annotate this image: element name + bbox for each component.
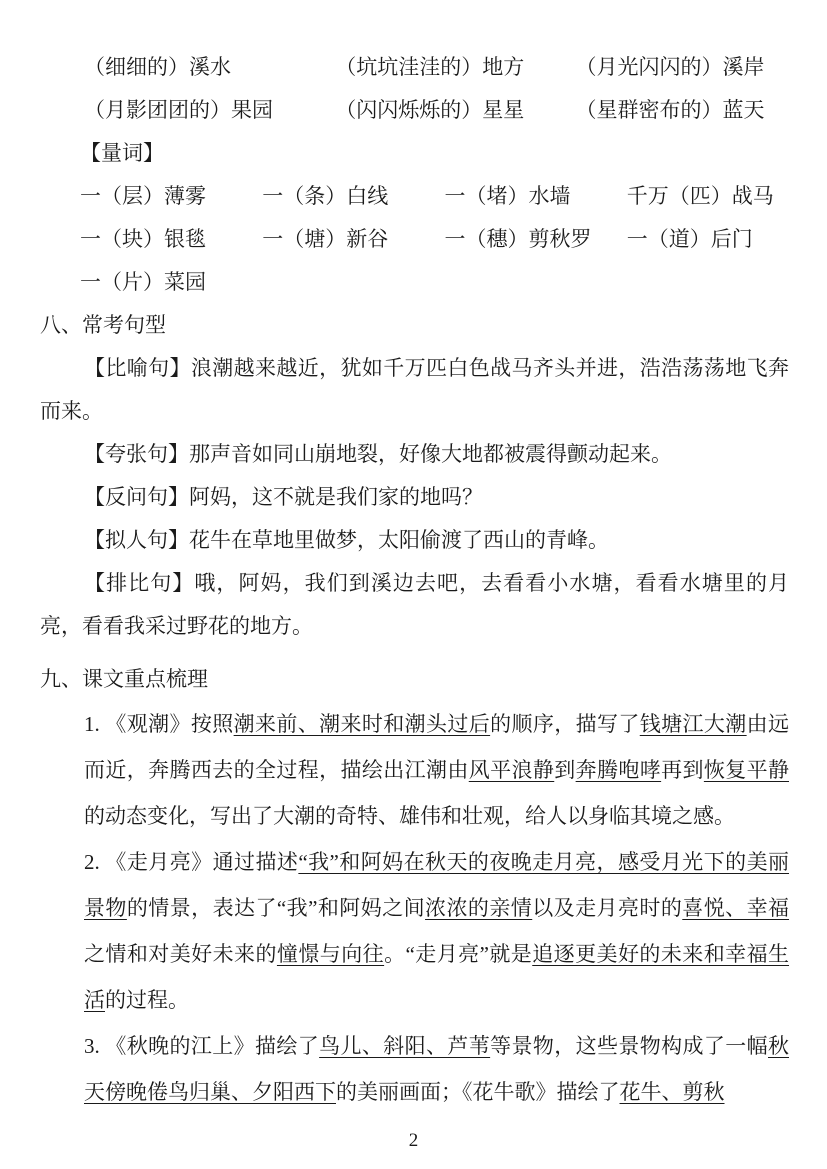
measure-word-phrase: 千万（匹）战马 (627, 175, 774, 218)
sentence-text: 花牛在草地里做梦，太阳偷渡了西山的青峰。 (189, 528, 609, 552)
text-segment: 的顺序，描写了 (490, 712, 640, 736)
sentence-paragraph: 【排比句】哦，阿妈，我们到溪边去吧，去看看小水塘，看看水塘里的月亮，看看我采过野… (40, 562, 789, 648)
text-segment: 之情和对美好未来的 (84, 942, 277, 966)
course-item: 1. 《观潮》按照潮来前、潮来时和潮头过后的顺序，描写了钱塘江大潮由远而近，奔腾… (84, 701, 789, 839)
underlined-phrase: 鸟儿、斜阳、芦苇 (319, 1034, 490, 1058)
measure-word-row: 一（层）薄雾 一（条）白线 一（堵）水墙 千万（匹）战马 (40, 175, 789, 218)
sentence-text: 阿妈，这不就是我们家的地吗？ (189, 485, 483, 509)
sentence-paragraph: 【反问句】阿妈，这不就是我们家的地吗？ (40, 476, 789, 519)
underlined-phrase: 花牛、剪秋 (620, 1080, 725, 1104)
underlined-phrase: 喜悦、幸福 (682, 896, 789, 920)
underlined-phrase: 憧憬与向往 (277, 942, 384, 966)
sentence-label: 【拟人句】 (84, 528, 189, 552)
underlined-phrase: 恢复平静 (704, 758, 789, 782)
text-segment: 的过程。 (105, 988, 189, 1012)
underlined-phrase: 浓浓的亲情 (425, 896, 532, 920)
sentence-paragraph: 【夸张句】那声音如同山崩地裂，好像大地都被震得颤动起来。 (40, 433, 789, 476)
collocation-phrase: （星群密布的）蓝天 (576, 89, 765, 132)
sentence-text: 那声音如同山崩地裂，好像大地都被震得颤动起来。 (189, 442, 672, 466)
measure-word-phrase: 一（道）后门 (627, 218, 753, 261)
measure-words-heading: 【量词】 (40, 132, 789, 175)
text-segment: 2. 《走月亮》通过描述 (84, 850, 298, 874)
text-segment: 的动态变化，写出了大潮的奇特、雄伟和壮观，给人以身临其境之感。 (84, 804, 735, 828)
sentence-label: 【夸张句】 (84, 442, 189, 466)
measure-word-phrase: 一（条）白线 (262, 175, 439, 218)
collocation-row: （月影团团的）果园 （闪闪烁烁的）星星 （星群密布的）蓝天 (40, 89, 789, 132)
sentence-label: 【排比句】 (84, 571, 194, 595)
measure-word-row: 一（片）菜园 (40, 261, 789, 304)
collocation-phrase: （月光闪闪的）溪岸 (576, 46, 765, 89)
collocation-phrase: （闪闪烁烁的）星星 (335, 89, 570, 132)
section-nine-heading: 九、课文重点梳理 (40, 658, 789, 701)
text-segment: 的情景，表达了“我”和阿妈之间 (127, 896, 425, 920)
text-segment: 3. 《秋晚的江上》描绘了 (84, 1034, 319, 1058)
text-segment: 1. 《观潮》按照 (84, 712, 234, 736)
sentence-label: 【反问句】 (84, 485, 189, 509)
measure-word-phrase: 一（片）菜园 (80, 261, 257, 304)
sentence-label: 【比喻句】 (84, 356, 191, 380)
page-number: 2 (0, 1129, 827, 1153)
underlined-phrase: 风平浪静 (469, 758, 555, 782)
document-page: （细细的）溪水 （坑坑洼洼的）地方 （月光闪闪的）溪岸 （月影团团的）果园 （闪… (0, 0, 827, 1169)
underlined-phrase: 潮来前、潮来时和潮头过后 (234, 712, 491, 736)
sentence-paragraph: 【比喻句】浪潮越来越近，犹如千万匹白色战马齐头并进，浩浩荡荡地飞奔而来。 (40, 347, 789, 433)
underlined-phrase: 奔腾咆哮 (576, 758, 662, 782)
measure-word-phrase: 一（穗）剪秋罗 (445, 218, 622, 261)
measure-word-row: 一（块）银毯 一（塘）新谷 一（穗）剪秋罗 一（道）后门 (40, 218, 789, 261)
collocation-phrase: （月影团团的）果园 (84, 89, 330, 132)
text-segment: 的美丽画面；《花牛歌》描绘了 (336, 1080, 620, 1104)
underlined-phrase: 钱塘江大潮 (640, 712, 747, 736)
text-segment: 以及走月亮时的 (532, 896, 682, 920)
measure-word-phrase: 一（块）银毯 (80, 218, 257, 261)
measure-word-phrase: 一（堵）水墙 (445, 175, 622, 218)
collocation-phrase: （坑坑洼洼的）地方 (335, 46, 570, 89)
section-eight-heading: 八、常考句型 (40, 304, 789, 347)
text-segment: 等景物，这些景物构成了一幅 (490, 1034, 768, 1058)
text-segment: 再到 (661, 758, 704, 782)
measure-word-phrase: 一（层）薄雾 (80, 175, 257, 218)
sentence-paragraph: 【拟人句】花牛在草地里做梦，太阳偷渡了西山的青峰。 (40, 519, 789, 562)
measure-word-phrase: 一（塘）新谷 (262, 218, 439, 261)
collocation-row: （细细的）溪水 （坑坑洼洼的）地方 （月光闪闪的）溪岸 (40, 46, 789, 89)
collocation-phrase: （细细的）溪水 (84, 46, 330, 89)
text-segment: 。“走月亮”就是 (384, 942, 532, 966)
text-segment: 到 (554, 758, 575, 782)
course-item: 2. 《走月亮》通过描述“我”和阿妈在秋天的夜晚走月亮，感受月光下的美丽景物的情… (84, 839, 789, 1023)
course-item: 3. 《秋晚的江上》描绘了鸟儿、斜阳、芦苇等景物，这些景物构成了一幅秋天傍晚倦鸟… (84, 1023, 789, 1115)
